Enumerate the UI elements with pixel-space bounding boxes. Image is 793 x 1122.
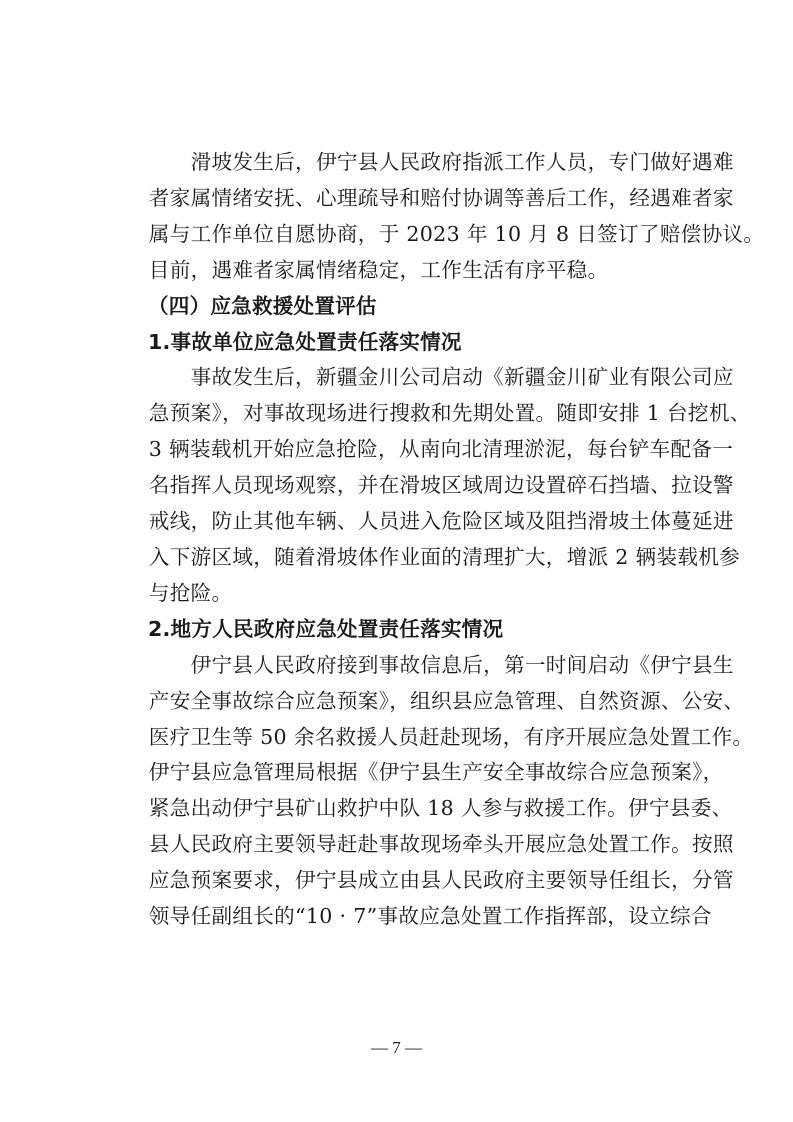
text-line: 入下游区域，随着滑坡体作业面的清理扩大，增派 2 辆装载机参 xyxy=(107,540,693,576)
subheading-company-responsibility: 1.事故单位应急处置责任落实情况 xyxy=(107,325,693,361)
text-line: 与抢险。 xyxy=(107,576,693,612)
text-line: 应急预案要求，伊宁县成立由县人民政府主要领导任组长，分管 xyxy=(107,863,693,899)
text-line: 急预案》，对事故现场进行搜救和先期处置。随即安排 1 台挖机、 xyxy=(107,396,693,432)
page-number: — 7 — xyxy=(0,1038,793,1058)
section-heading-emergency-rescue-evaluation: （四）应急救援处置评估 xyxy=(107,289,693,325)
text-line: 县人民政府主要领导赶赴事故现场牵头开展应急处置工作。按照 xyxy=(107,827,693,863)
text-line: 产安全事故综合应急预案》，组织县应急管理、自然资源、公安、 xyxy=(107,684,693,720)
text-line: 伊宁县人民政府接到事故信息后，第一时间启动《伊宁县生 xyxy=(107,648,693,684)
text-line: 滑坡发生后，伊宁县人民政府指派工作人员，专门做好遇难 xyxy=(107,145,693,181)
text-line: 属与工作单位自愿协商，于 2023 年 10 月 8 日签订了赔偿协议。 xyxy=(107,217,693,253)
text-line: 名指挥人员现场观察，并在滑坡区域周边设置碎石挡墙、拉设警 xyxy=(107,468,693,504)
text-line: 领导任副组长的“10 · 7”事故应急处置工作指挥部，设立综合 xyxy=(107,899,693,935)
document-page: 滑坡发生后，伊宁县人民政府指派工作人员，专门做好遇难 者家属情绪安抚、心理疏导和… xyxy=(107,145,693,935)
text-line: 紧急出动伊宁县矿山救护中队 18 人参与救援工作。伊宁县委、 xyxy=(107,791,693,827)
paragraph-company-response: 事故发生后，新疆金川公司启动《新疆金川矿业有限公司应 急预案》，对事故现场进行搜… xyxy=(107,360,693,611)
text-line: 戒线，防止其他车辆、人员进入危险区域及阻挡滑坡土体蔓延进 xyxy=(107,504,693,540)
subheading-government-responsibility: 2.地方人民政府应急处置责任落实情况 xyxy=(107,612,693,648)
text-line: 事故发生后，新疆金川公司启动《新疆金川矿业有限公司应 xyxy=(107,360,693,396)
text-line: 目前，遇难者家属情绪稳定，工作生活有序平稳。 xyxy=(107,253,693,289)
text-line: 者家属情绪安抚、心理疏导和赔付协调等善后工作，经遇难者家 xyxy=(107,181,693,217)
text-line: 医疗卫生等 50 余名救援人员赶赴现场，有序开展应急处置工作。 xyxy=(107,720,693,756)
paragraph-aftermath: 滑坡发生后，伊宁县人民政府指派工作人员，专门做好遇难 者家属情绪安抚、心理疏导和… xyxy=(107,145,693,289)
paragraph-government-response: 伊宁县人民政府接到事故信息后，第一时间启动《伊宁县生 产安全事故综合应急预案》，… xyxy=(107,648,693,935)
text-line: 3 辆装载机开始应急抢险，从南向北清理淤泥，每台铲车配备一 xyxy=(107,432,693,468)
text-line: 伊宁县应急管理局根据《伊宁县生产安全事故综合应急预案》， xyxy=(107,755,693,791)
